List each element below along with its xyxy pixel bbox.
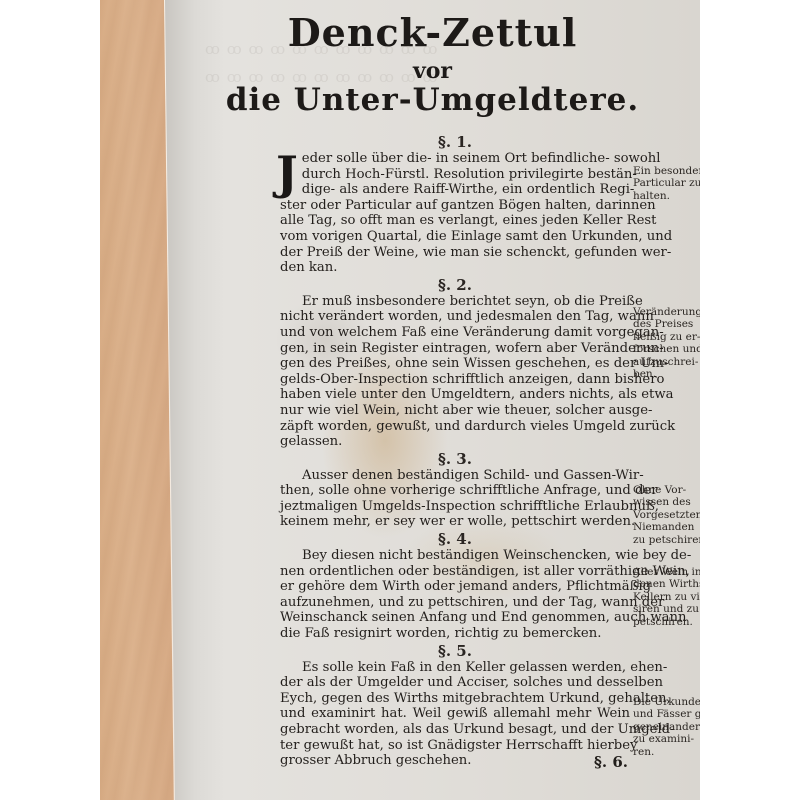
text-line: die Faß resignirt worden, richtig zu bem…	[280, 626, 630, 642]
section-paragraph: Bey diesen nicht beständigen Weinschenck…	[280, 548, 630, 642]
main-text-column: §. 1. J eder solle über die- in seinem O…	[280, 133, 630, 770]
margin-note-line: zu examini-	[633, 733, 700, 745]
text-line: nen ordentlichen oder beständigen, ist a…	[280, 564, 630, 580]
margin-note-line: ben.	[633, 368, 700, 380]
margin-note-line: halten.	[633, 190, 700, 202]
margin-note-line: Veränderung	[633, 306, 700, 318]
margin-note-line: ren.	[633, 746, 700, 758]
text-line: gen des Preißes, ohne sein Wissen gesche…	[280, 356, 630, 372]
text-line: Er muß insbesondere berichtet seyn, ob d…	[280, 294, 630, 310]
text-line: dige- als andere Raiff-Wirthe, ein orden…	[280, 182, 630, 198]
text-line: gelds-Ober-Inspection schrifftlich anzei…	[280, 372, 630, 388]
margin-note-line: Aller Wein in	[633, 566, 700, 578]
section-paragraph: Er muß insbesondere berichtet seyn, ob d…	[280, 294, 630, 450]
margin-note-section-1: Ein besonder Particular zu halten.	[633, 165, 700, 202]
margin-note-line: aufzuschrei-	[633, 356, 700, 368]
margin-note-line: denen Wirths	[633, 578, 700, 590]
document-subtitle-preposition: vor	[165, 58, 700, 84]
text-line: Ausser denen beständigen Schild- und Gas…	[280, 468, 630, 484]
text-line: keinem mehr, er sey wer er wolle, pettsc…	[280, 514, 630, 530]
text-line: und examinirt hat. Weil gewiß allemahl m…	[280, 706, 630, 722]
margin-note-section-2: Veränderung des Preises fleißig zu er- f…	[633, 306, 700, 380]
text-line: eder solle über die- in seinem Ort befin…	[280, 151, 630, 167]
document-subtitle: die Unter-Umgeldtere.	[165, 82, 700, 118]
section-heading: §. 3.	[280, 451, 630, 468]
margin-note-line: petschiren.	[633, 616, 700, 628]
text-line: gebracht worden, als das Urkund besagt, …	[280, 722, 630, 738]
margin-note-line: wissen des	[633, 496, 700, 508]
text-line: der als der Umgelder und Acciser, solche…	[280, 675, 630, 691]
drop-cap: J	[276, 151, 298, 195]
text-line: Eych, gegen des Wirths mitgebrachtem Urk…	[280, 691, 630, 707]
text-line: then, solle ohne vorherige schrifftliche…	[280, 483, 630, 499]
margin-note-line: Die Urkunden	[633, 696, 700, 708]
margin-note-line: und Fässer ge-	[633, 708, 700, 720]
text-line: alle Tag, so offt man es verlangt, eines…	[280, 213, 630, 229]
margin-note-line: siren und zu	[633, 603, 700, 615]
margin-note-line: zu petschiren.	[633, 534, 700, 546]
margin-note-line: fleißig zu er-	[633, 331, 700, 343]
margin-note-line: forschen und	[633, 343, 700, 355]
margin-note-line: Particular zu	[633, 177, 700, 189]
text-line: nur wie viel Wein, nicht aber wie theuer…	[280, 403, 630, 419]
text-line: vom vorigen Quartal, die Einlage samt de…	[280, 229, 630, 245]
text-line: der Preiß der Weine, wie man sie schenck…	[280, 245, 630, 261]
section-paragraph: Ausser denen beständigen Schild- und Gas…	[280, 468, 630, 530]
margin-note-line: geneinander	[633, 721, 700, 733]
section-heading: §. 5.	[280, 643, 630, 660]
text-line: Es solle kein Faß in den Keller gelassen…	[280, 660, 630, 676]
text-line: durch Hoch-Fürstl. Resolution privilegir…	[280, 167, 630, 183]
section-heading: §. 1.	[280, 134, 630, 151]
text-line: ster oder Particular auf gantzen Bögen h…	[280, 198, 630, 214]
document-photo: ꝏ ꝏ ꝏ ꝏ ꝏ ꝏ ꝏ ꝏ ꝏ ꝏ ꝏ ꝏ ꝏ ꝏ ꝏ ꝏ ꝏ ꝏ ꝏ ꝏ …	[100, 0, 700, 800]
margin-note-section-3: Ohne Vor- wissen des Vorgesetzten Nieman…	[633, 484, 700, 546]
document-title: Denck-Zettul	[165, 10, 700, 55]
text-line: nicht verändert worden, und jedesmalen d…	[280, 309, 630, 325]
margin-note-line: Vorgesetzten	[633, 509, 700, 521]
margin-note-section-4: Aller Wein in denen Wirths Kellern zu vi…	[633, 566, 700, 628]
section-paragraph: J eder solle über die- in seinem Ort bef…	[280, 151, 630, 276]
text-line: zäpft worden, gewußt, und dardurch viele…	[280, 419, 630, 435]
text-line: jeztmaligen Umgelds-Inspection schrifftl…	[280, 499, 630, 515]
margin-note-line: des Preises	[633, 318, 700, 330]
text-line: und von welchem Faß eine Veränderung dam…	[280, 325, 630, 341]
text-line: gelassen.	[280, 434, 630, 450]
text-line: gen, in sein Register eintragen, wofern …	[280, 341, 630, 357]
text-line: ter gewußt hat, so ist Gnädigster Herrsc…	[280, 738, 630, 754]
text-line: Weinschanck seinen Anfang und End genomm…	[280, 610, 630, 626]
text-line: haben viele unter den Umgeldtern, anders…	[280, 387, 630, 403]
text-line: er gehöre dem Wirth oder jemand anders, …	[280, 579, 630, 595]
margin-note-section-5: Die Urkunden und Fässer ge- geneinander …	[633, 696, 700, 758]
margin-note-line: Ein besonder	[633, 165, 700, 177]
section-heading: §. 2.	[280, 277, 630, 294]
printed-page: ꝏ ꝏ ꝏ ꝏ ꝏ ꝏ ꝏ ꝏ ꝏ ꝏ ꝏ ꝏ ꝏ ꝏ ꝏ ꝏ ꝏ ꝏ ꝏ ꝏ …	[165, 0, 700, 800]
section-heading: §. 4.	[280, 531, 630, 548]
margin-note-line: Niemanden	[633, 521, 700, 533]
text-line: Bey diesen nicht beständigen Weinschenck…	[280, 548, 630, 564]
text-line: aufzunehmen, und zu pettschiren, und der…	[280, 595, 630, 611]
section-paragraph: Es solle kein Faß in den Keller gelassen…	[280, 660, 630, 769]
margin-note-line: Kellern zu vi-	[633, 591, 700, 603]
text-line: den kan.	[280, 260, 630, 276]
margin-note-line: Ohne Vor-	[633, 484, 700, 496]
